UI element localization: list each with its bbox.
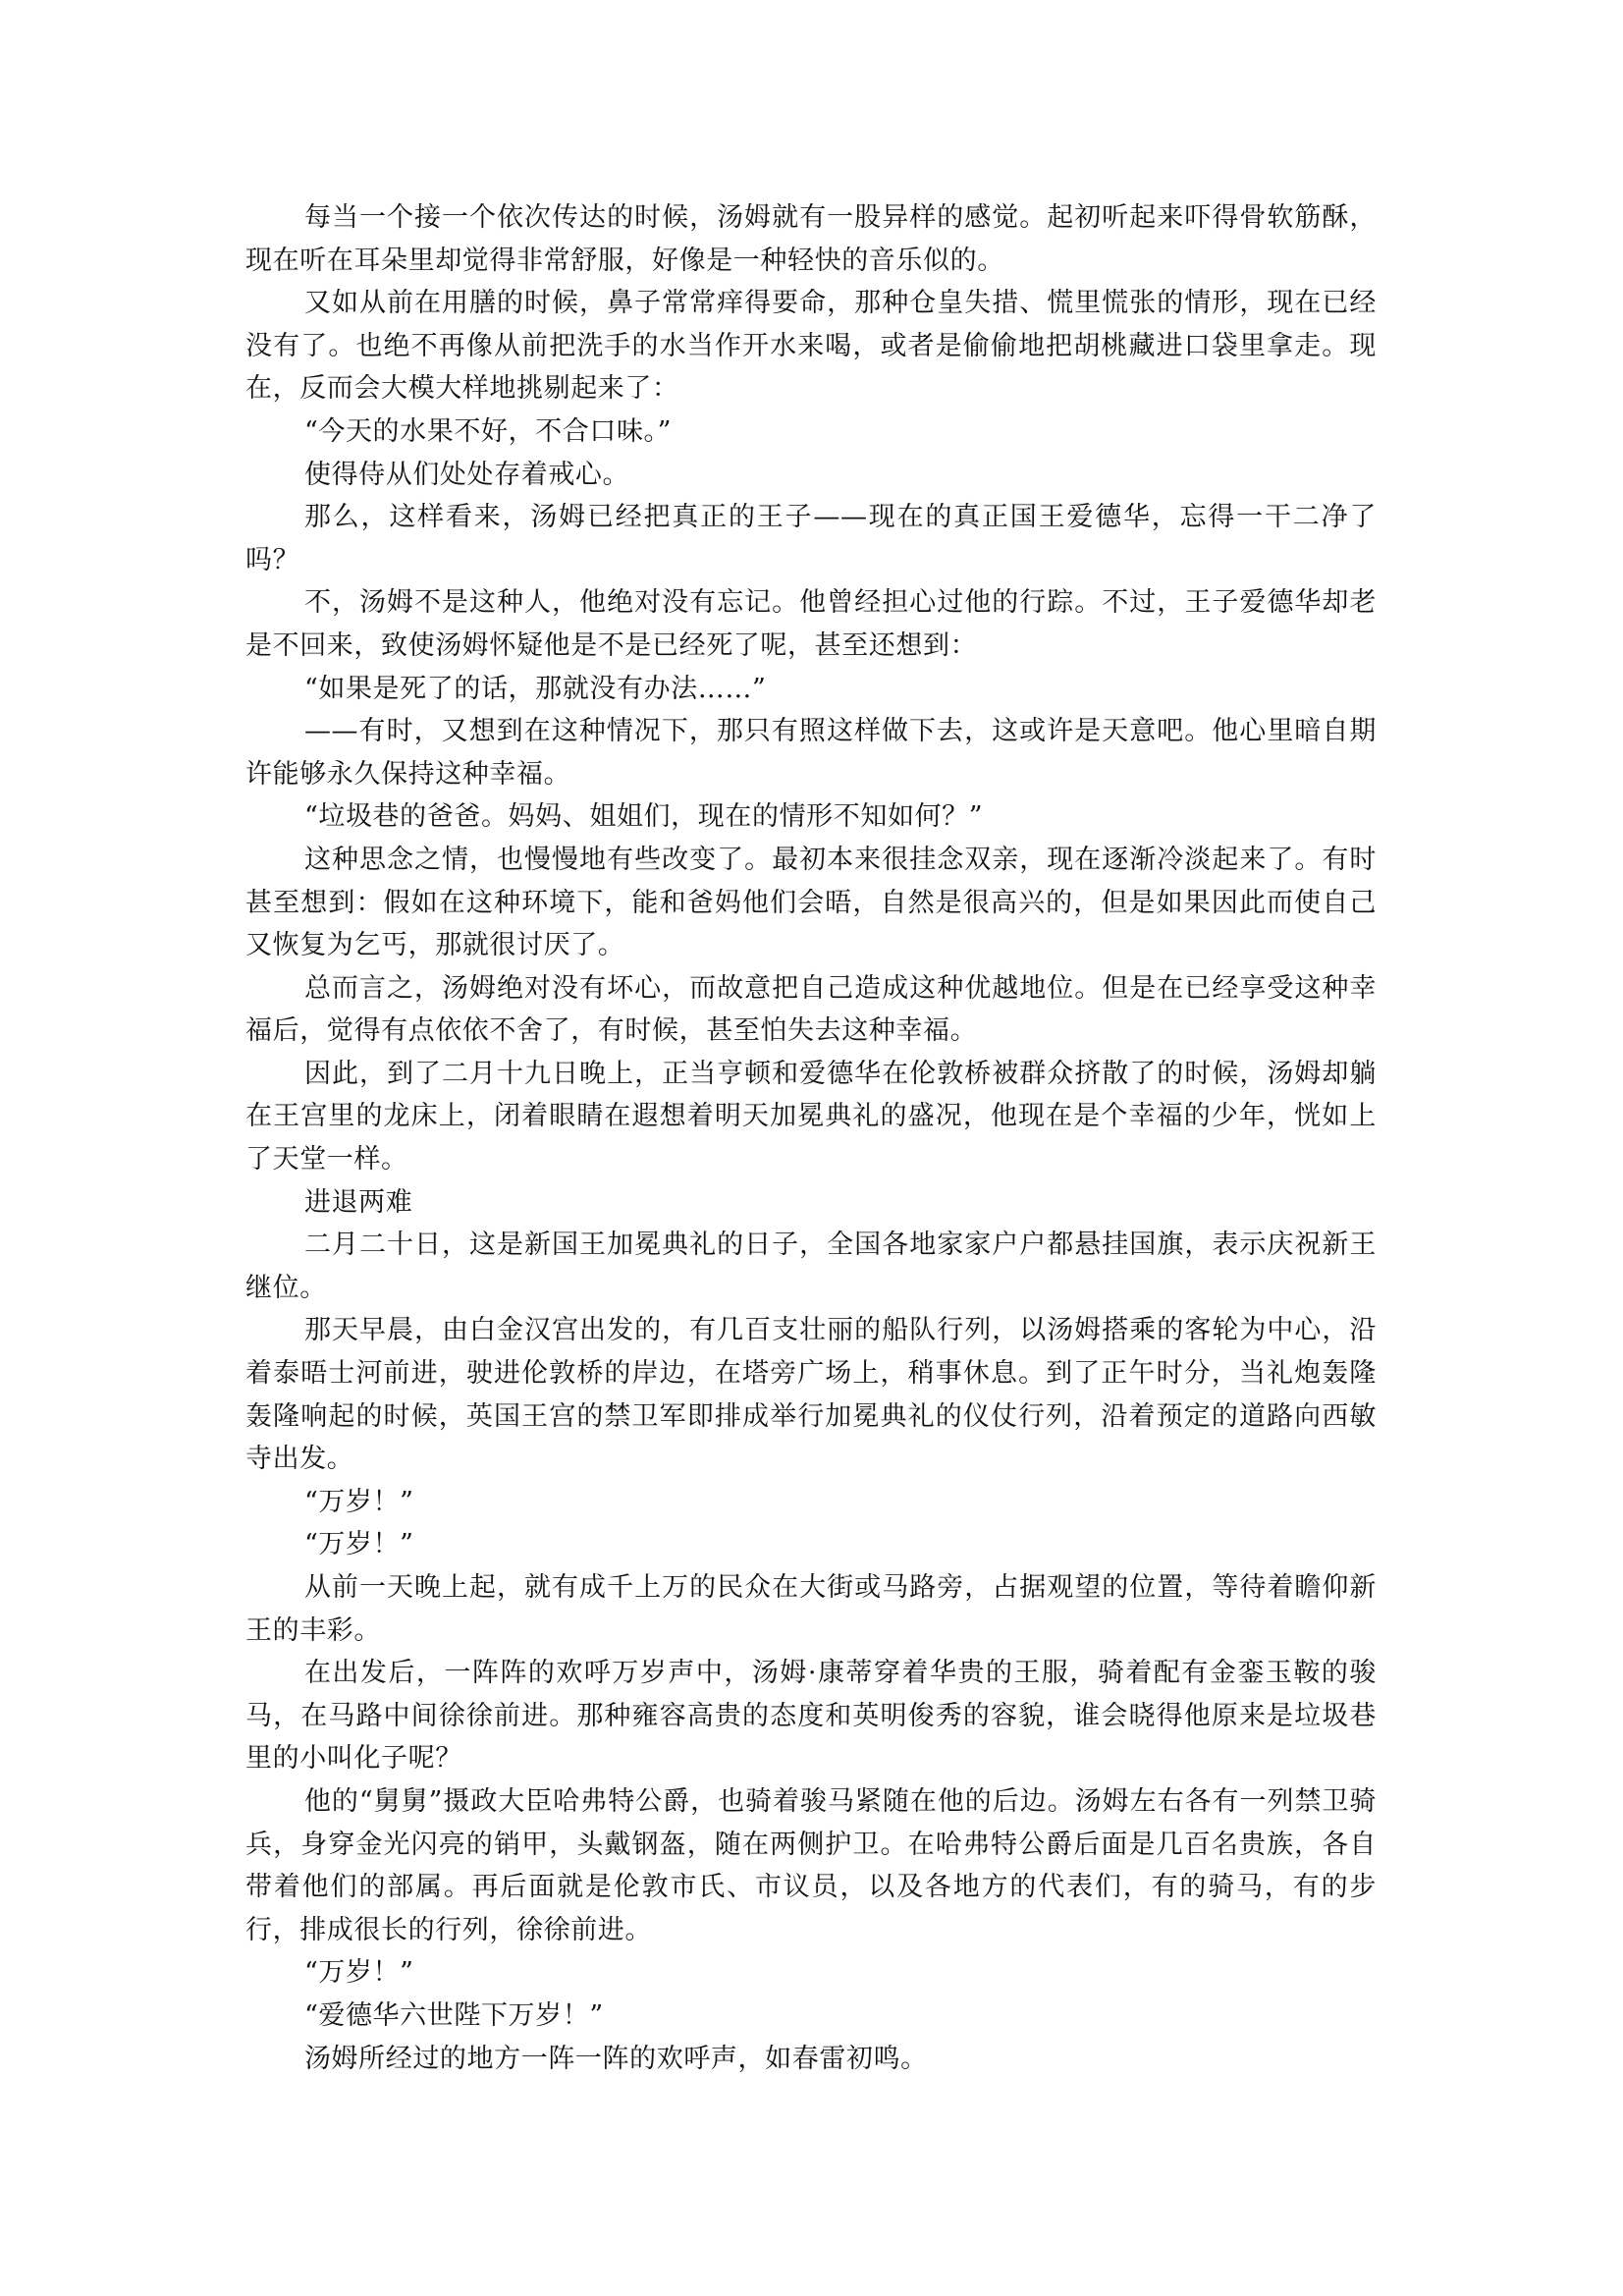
section-heading: 进退两难 [245,1181,1377,1225]
paragraph: 又如从前在用膳的时候，鼻子常常痒得要命，那种仓皇失措、慌里慌张的情形，现在已经没… [245,282,1377,410]
paragraph-quote: “万岁！” [245,1523,1377,1566]
paragraph: 那么，这样看来，汤姆已经把真正的王子——现在的真正国王爱德华，忘得一干二净了吗？ [245,496,1377,581]
document-page: 每当一个接一个依次传达的时候，汤姆就有一股异样的感觉。起初听起来吓得骨软筋酥，现… [245,196,1377,2080]
paragraph-quote: “爱德华六世陛下万岁！” [245,1995,1377,2038]
paragraph: 使得侍从们处处存着戒心。 [245,454,1377,497]
paragraph-quote: “垃圾巷的爸爸。妈妈、姐姐们，现在的情形不知如何？” [245,795,1377,839]
paragraph: ——有时，又想到在这种情况下，那只有照这样做下去，这或许是天意吧。他心里暗自期许… [245,710,1377,795]
paragraph: 二月二十日，这是新国王加冕典礼的日子，全国各地家家户户都悬挂国旗，表示庆祝新王继… [245,1224,1377,1309]
paragraph-quote: “万岁！” [245,1951,1377,1995]
paragraph: 这种思念之情，也慢慢地有些改变了。最初本来很挂念双亲，现在逐渐冷淡起来了。有时甚… [245,839,1377,967]
paragraph: 他的“舅舅”摄政大臣哈弗特公爵，也骑着骏马紧随在他的后边。汤姆左右各有一列禁卫骑… [245,1780,1377,1951]
paragraph: 那天早晨，由白金汉宫出发的，有几百支壮丽的船队行列，以汤姆搭乘的客轮为中心，沿着… [245,1309,1377,1480]
paragraph: 在出发后，一阵阵的欢呼万岁声中，汤姆·康蒂穿着华贵的王服，骑着配有金銮玉鞍的骏马… [245,1652,1377,1780]
paragraph: 总而言之，汤姆绝对没有坏心，而故意把自己造成这种优越地位。但是在已经享受这种幸福… [245,967,1377,1053]
paragraph-quote: “今天的水果不好，不合口味。” [245,410,1377,454]
paragraph-quote: “万岁！” [245,1481,1377,1524]
paragraph: 从前一天晚上起，就有成千上万的民众在大街或马路旁，占据观望的位置，等待着瞻仰新王… [245,1566,1377,1652]
paragraph: 汤姆所经过的地方一阵一阵的欢呼声，如春雷初鸣。 [245,2038,1377,2081]
paragraph: 因此，到了二月十九日晚上，正当亨顿和爱德华在伦敦桥被群众挤散了的时候，汤姆却躺在… [245,1053,1377,1181]
paragraph: 每当一个接一个依次传达的时候，汤姆就有一股异样的感觉。起初听起来吓得骨软筋酥，现… [245,196,1377,282]
paragraph: 不，汤姆不是这种人，他绝对没有忘记。他曾经担心过他的行踪。不过，王子爱德华却老是… [245,581,1377,667]
paragraph-quote: “如果是死了的话，那就没有办法……” [245,668,1377,711]
